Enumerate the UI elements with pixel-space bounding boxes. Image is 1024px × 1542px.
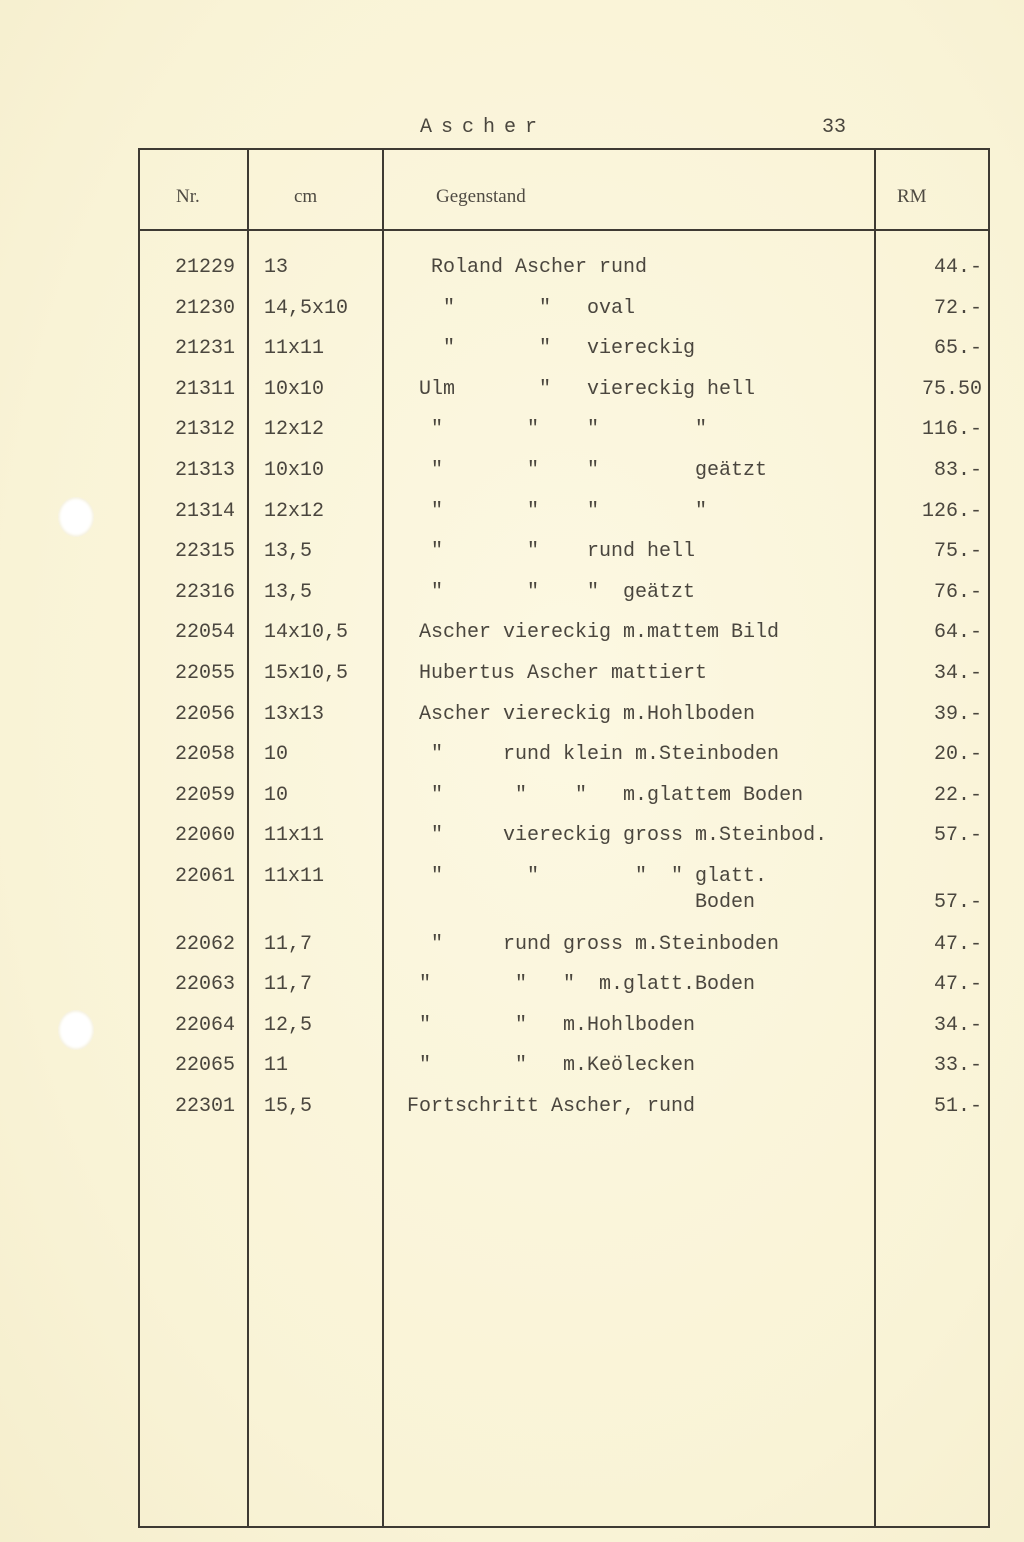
column-header-nr: Nr. [176, 186, 200, 208]
table-header-divider [138, 229, 990, 231]
cell-desc: " " " geätzt [395, 458, 767, 484]
cell-rm: 33.- [882, 1053, 982, 1079]
column-divider-nr-cm [247, 148, 249, 1528]
cell-desc: " rund gross m.Steinboden [395, 932, 779, 958]
cell-cm: 12,5 [264, 1013, 312, 1039]
paper-background [0, 0, 1024, 1542]
cell-nr: 22061 [163, 864, 235, 890]
cell-rm: 22.- [882, 783, 982, 809]
cell-rm: 44.- [882, 255, 982, 281]
cell-desc: Ascher viereckig m.mattem Bild [395, 620, 779, 646]
cell-nr: 22316 [163, 580, 235, 606]
cell-nr: 22059 [163, 783, 235, 809]
column-divider-desc-rm [874, 148, 876, 1528]
cell-desc: Hubertus Ascher mattiert [395, 661, 707, 687]
cell-rm: 72.- [882, 296, 982, 322]
column-header-cm: cm [294, 186, 317, 208]
cell-nr: 21229 [163, 255, 235, 281]
cell-nr: 22054 [163, 620, 235, 646]
column-header-rm: RM [897, 186, 927, 208]
cell-desc: Roland Ascher rund [395, 255, 647, 281]
cell-nr: 22301 [163, 1094, 235, 1120]
cell-rm: 57.- [882, 823, 982, 849]
cell-nr: 21230 [163, 296, 235, 322]
cell-rm: 34.- [882, 661, 982, 687]
cell-desc: Ascher viereckig m.Hohlboden [395, 702, 755, 728]
cell-cm: 12x12 [264, 499, 324, 525]
cell-cm: 13 [264, 255, 288, 281]
cell-rm: 83.- [882, 458, 982, 484]
cell-nr: 21311 [163, 377, 235, 403]
table-right-border [988, 148, 990, 1528]
cell-desc: " " " m.glatt.Boden [395, 972, 755, 998]
cell-cm: 10x10 [264, 458, 324, 484]
cell-cm: 14x10,5 [264, 620, 348, 646]
cell-desc: " " " " [395, 499, 707, 525]
cell-nr: 22063 [163, 972, 235, 998]
page-number: 33 [822, 116, 846, 139]
cell-rm: 76.- [882, 580, 982, 606]
cell-desc: " " rund hell [395, 539, 695, 565]
cell-cm: 10 [264, 742, 288, 768]
cell-nr: 22062 [163, 932, 235, 958]
cell-nr: 21313 [163, 458, 235, 484]
page-title: Ascher [420, 116, 546, 139]
cell-rm: 126.- [882, 499, 982, 525]
cell-cm: 13x13 [264, 702, 324, 728]
cell-nr: 21231 [163, 336, 235, 362]
cell-cm: 11 [264, 1053, 288, 1079]
cell-desc: " " oval [395, 296, 635, 322]
cell-cm: 11,7 [264, 932, 312, 958]
cell-desc: " " " " [395, 417, 707, 443]
cell-desc: " " viereckig [395, 336, 695, 362]
cell-cm: 13,5 [264, 539, 312, 565]
cell-rm: 34.- [882, 1013, 982, 1039]
cell-cm: 11x11 [264, 823, 324, 849]
cell-desc: " " m.Keölecken [395, 1053, 695, 1079]
cell-desc: " viereckig gross m.Steinbod. [395, 823, 827, 849]
cell-cm: 11,7 [264, 972, 312, 998]
cell-desc: " " m.Hohlboden [395, 1013, 695, 1039]
cell-nr: 22060 [163, 823, 235, 849]
cell-cm: 13,5 [264, 580, 312, 606]
cell-desc: " " " m.glattem Boden [395, 783, 803, 809]
table-top-border [138, 148, 990, 150]
punch-hole-bottom [58, 1010, 94, 1050]
cell-desc: " " " geätzt [395, 580, 695, 606]
cell-desc: " " " " glatt. Boden [395, 864, 767, 916]
cell-nr: 22064 [163, 1013, 235, 1039]
cell-rm: 47.- [882, 972, 982, 998]
cell-rm: 116.- [882, 417, 982, 443]
cell-cm: 10x10 [264, 377, 324, 403]
punch-hole-top [58, 497, 94, 537]
cell-nr: 22315 [163, 539, 235, 565]
cell-rm: 39.- [882, 702, 982, 728]
cell-rm: 20.- [882, 742, 982, 768]
cell-nr: 21312 [163, 417, 235, 443]
cell-cm: 11x11 [264, 864, 324, 890]
cell-rm: 51.- [882, 1094, 982, 1120]
cell-rm: 57.- [882, 864, 982, 916]
cell-cm: 15,5 [264, 1094, 312, 1120]
cell-desc: Fortschritt Ascher, rund [395, 1094, 695, 1120]
cell-rm: 65.- [882, 336, 982, 362]
cell-cm: 11x11 [264, 336, 324, 362]
column-header-gegenstand: Gegenstand [436, 186, 526, 208]
cell-nr: 22058 [163, 742, 235, 768]
cell-cm: 10 [264, 783, 288, 809]
column-divider-cm-desc [382, 148, 384, 1528]
cell-rm: 75.50 [882, 377, 982, 403]
table-bottom-border [138, 1526, 990, 1528]
cell-rm: 47.- [882, 932, 982, 958]
cell-cm: 14,5x10 [264, 296, 348, 322]
cell-nr: 22055 [163, 661, 235, 687]
cell-nr: 22056 [163, 702, 235, 728]
cell-cm: 12x12 [264, 417, 324, 443]
cell-nr: 21314 [163, 499, 235, 525]
cell-nr: 22065 [163, 1053, 235, 1079]
cell-cm: 15x10,5 [264, 661, 348, 687]
cell-desc: " rund klein m.Steinboden [395, 742, 779, 768]
cell-rm: 64.- [882, 620, 982, 646]
table-left-border [138, 148, 140, 1528]
cell-desc: Ulm " viereckig hell [395, 377, 755, 403]
cell-rm: 75.- [882, 539, 982, 565]
